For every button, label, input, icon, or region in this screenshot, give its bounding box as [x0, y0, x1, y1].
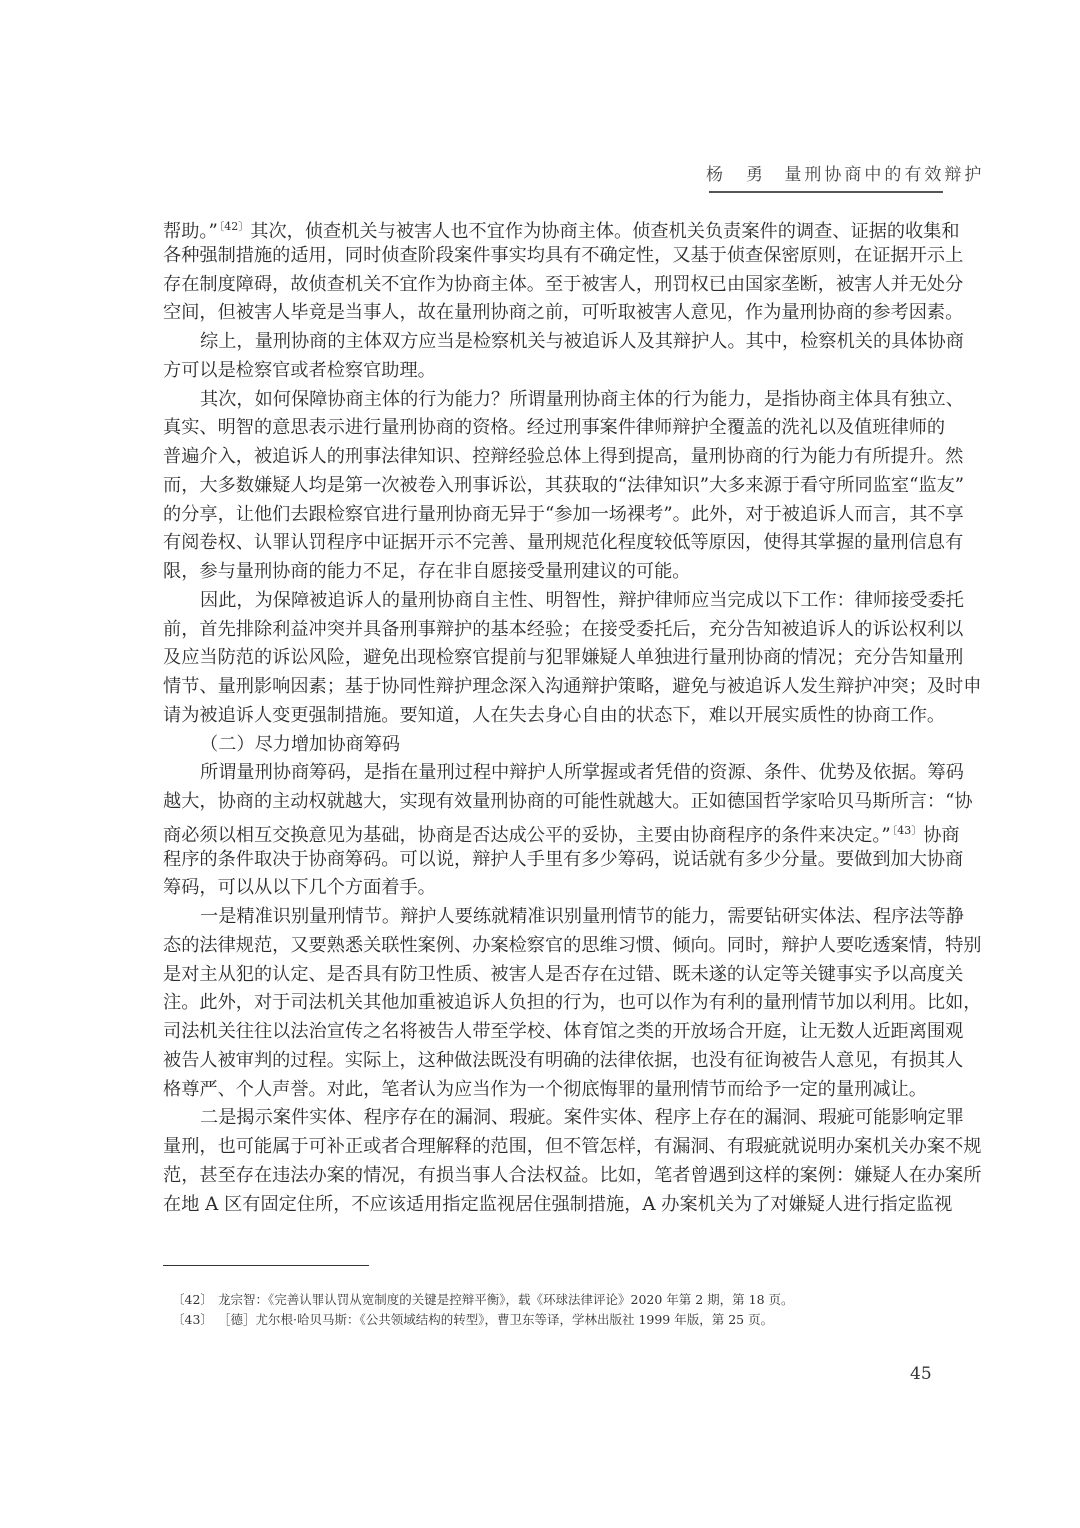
text-line: 越大，协商的主动权就越大，实现有效量刑协商的可能性就越大。正如德国哲学家哈贝马斯… [163, 788, 945, 817]
text-line: 筹码，可以从以下几个方面着手。 [163, 874, 945, 903]
text-line: 前，首先排除利益冲突并具备刑事辩护的基本经验；在接受委托后，充分告知被追诉人的诉… [163, 616, 945, 645]
footnote-text: 龙宗智：《完善认罪认罚从宽制度的关键是控辩平衡》，载《环球法律评论》2020 年… [218, 1292, 794, 1307]
text-segment: 协商 [923, 825, 959, 846]
text-line: 一是精准识别量刑情节。辩护人要练就精准识别量刑情节的能力，需要钻研实体法、程序法… [163, 903, 945, 932]
text-line: 普遍介入，被追诉人的刑事法律知识、控辩经验总体上得到提高，量刑协商的行为能力有所… [163, 443, 945, 472]
text-line: 被告人被审判的过程。实际上，这种做法既没有明确的法律依据，也没有征询被告人意见，… [163, 1047, 945, 1076]
footnote-reference[interactable]: 〔43〕 [892, 824, 923, 837]
text-line: 司法机关往往以法治宣传之名将被告人带至学校、体育馆之类的开放场合开庭，让无数人近… [163, 1018, 945, 1047]
text-line: 注。此外，对于司法机关其他加重被追诉人负担的行为，也可以作为有利的量刑情节加以利… [163, 989, 945, 1018]
header-rule [709, 191, 943, 193]
text-line: 及应当防范的诉讼风险，避免出现检察官提前与犯罪嫌疑人单独进行量刑协商的情况；充分… [163, 644, 945, 673]
footnote-number: 〔43〕 [172, 1310, 218, 1330]
text-line: 是对主从犯的认定、是否具有防卫性质、被害人是否存在过错、既未遂的认定等关键事实予… [163, 961, 945, 990]
text-line: 有阅卷权、认罪认罚程序中证据开示不完善、量刑规范化程度较低等原因，使得其掌握的量… [163, 529, 945, 558]
text-line: 商必须以相互交换意见为基础，协商是否达成公平的妥协，主要由协商程序的条件来决定。… [163, 817, 945, 846]
text-line: 限，参与量刑协商的能力不足，存在非自愿接受量刑建议的可能。 [163, 558, 945, 587]
footnote-rule [163, 1265, 369, 1266]
body-text: 帮助。”〔42〕其次，侦查机关与被害人也不宜作为协商主体。侦查机关负责案件的调查… [163, 213, 945, 1219]
text-line: 综上，量刑协商的主体双方应当是检察机关与被追诉人及其辩护人。其中，检察机关的具体… [163, 328, 945, 357]
text-line: 空间，但被害人毕竟是当事人，故在量刑协商之前，可听取被害人意见，作为量刑协商的参… [163, 299, 945, 328]
section-heading: （二）尽力增加协商筹码 [163, 731, 945, 760]
text-line: 而，大多数嫌疑人均是第一次被卷入刑事诉讼，其获取的“法律知识”大多来源于看守所同… [163, 472, 945, 501]
text-line: 各种强制措施的适用，同时侦查阶段案件事实均具有不确定性，又基于侦查保密原则，在证… [163, 242, 945, 271]
text-line: 情节、量刑影响因素；基于协同性辩护理念深入沟通辩护策略，避免与被追诉人发生辩护冲… [163, 673, 945, 702]
text-segment: 商必须以相互交换意见为基础，协商是否达成公平的妥协，主要由协商程序的条件来决定。… [163, 825, 891, 846]
footnote-reference[interactable]: 〔42〕 [219, 220, 250, 233]
text-line: 二是揭示案件实体、程序存在的漏洞、瑕疵。案件实体、程序上存在的漏洞、瑕疵可能影响… [163, 1104, 945, 1133]
text-line: 方可以是检察官或者检察官助理。 [163, 357, 945, 386]
footnotes: 〔42〕龙宗智：《完善认罪认罚从宽制度的关键是控辩平衡》，载《环球法律评论》20… [172, 1290, 952, 1330]
running-head-author: 杨 勇 [706, 165, 766, 185]
text-line: 所谓量刑协商筹码，是指在量刑过程中辩护人所掌握或者凭借的资源、条件、优势及依据。… [163, 759, 945, 788]
running-head: 杨 勇 量刑协商中的有效辩护 [706, 160, 944, 185]
text-line: 因此，为保障被追诉人的量刑协商自主性、明智性，辩护律师应当完成以下工作：律师接受… [163, 587, 945, 616]
text-segment: 其次，侦查机关与被害人也不宜作为协商主体。侦查机关负责案件的调查、证据的收集和 [250, 221, 959, 242]
text-line: 程序的条件取决于协商筹码。可以说，辩护人手里有多少筹码，说话就有多少分量。要做到… [163, 846, 945, 875]
footnote-number: 〔42〕 [172, 1290, 218, 1310]
text-line: 帮助。”〔42〕其次，侦查机关与被害人也不宜作为协商主体。侦查机关负责案件的调查… [163, 213, 945, 242]
text-line: 格尊严、个人声誉。对此，笔者认为应当作为一个彻底悔罪的量刑情节而给予一定的量刑减… [163, 1076, 945, 1105]
text-line: 在地 A 区有固定住所，不应该适用指定监视居住强制措施，A 办案机关为了对嫌疑人… [163, 1191, 945, 1220]
text-line: 存在制度障碍，故侦查机关不宜作为协商主体。至于被害人，刑罚权已由国家垄断，被害人… [163, 271, 945, 300]
text-line: 范，甚至存在违法办案的情况，有损当事人合法权益。比如，笔者曾遇到这样的案例：嫌疑… [163, 1162, 945, 1191]
text-line: 其次，如何保障协商主体的行为能力？所谓量刑协商主体的行为能力，是指协商主体具有独… [163, 386, 945, 415]
text-line: 的分享，让他们去跟检察官进行量刑协商无异于“参加一场裸考”。此外，对于被追诉人而… [163, 501, 945, 530]
footnote: 〔43〕［德］尤尔根·哈贝马斯：《公共领域结构的转型》，曹卫东等译，学林出版社 … [172, 1310, 952, 1330]
text-line: 态的法律规范，又要熟悉关联性案例、办案检察官的思维习惯、倾向。同时，辩护人要吃透… [163, 932, 945, 961]
text-line: 请为被追诉人变更强制措施。要知道，人在失去身心自由的状态下，难以开展实质性的协商… [163, 702, 945, 731]
text-line: 量刑，也可能属于可补正或者合理解释的范围，但不管怎样，有漏洞、有瑕疵就说明办案机… [163, 1133, 945, 1162]
footnote-text: ［德］尤尔根·哈贝马斯：《公共领域结构的转型》，曹卫东等译，学林出版社 1999… [218, 1312, 773, 1327]
text-line: 真实、明智的意思表示进行量刑协商的资格。经过刑事案件律师辩护全覆盖的洗礼以及值班… [163, 414, 945, 443]
page-number: 45 [910, 1364, 932, 1384]
footnote: 〔42〕龙宗智：《完善认罪认罚从宽制度的关键是控辩平衡》，载《环球法律评论》20… [172, 1290, 952, 1310]
running-head-title: 量刑协商中的有效辩护 [784, 165, 984, 185]
text-segment: 帮助。” [163, 221, 218, 242]
